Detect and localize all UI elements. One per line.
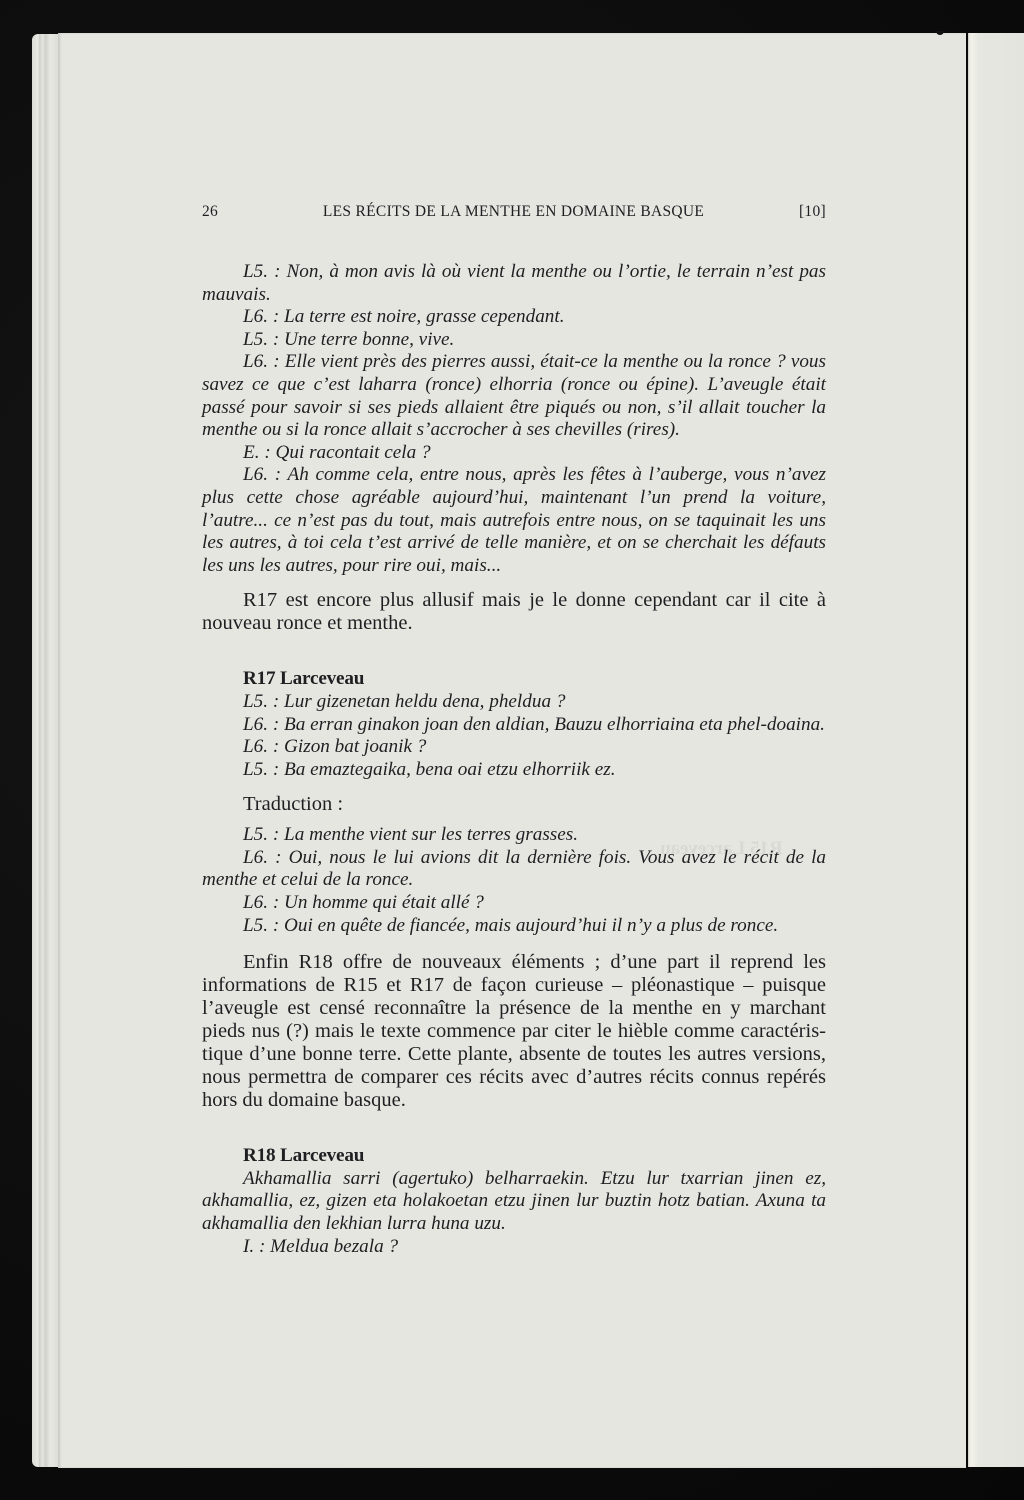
basque-line: L5. : Lur gizenetan heldu dena, pheldua … — [202, 691, 826, 714]
dialogue-line: L5. : Une terre bonne, vive. — [202, 329, 826, 352]
section-heading-r18: R18 Larceveau — [202, 1145, 826, 1168]
page-number: 26 — [202, 203, 218, 221]
basque-line: L6. : Gizon bat joanik ? — [202, 736, 826, 759]
dialogue-line: L5. : Non, à mon avis là où vient la men… — [202, 261, 826, 306]
section-ref: [10] — [799, 203, 826, 221]
basque-line: L5. : Ba emaztegaika, bena oai etzu elho… — [202, 759, 826, 782]
translation-line: L5. : La menthe vient sur les terres gra… — [202, 824, 826, 847]
spacer — [202, 1112, 826, 1145]
dialogue-line: L6. : Elle vient près des pierres aussi,… — [202, 351, 826, 441]
scanned-book-spread: R15 Larceveau 26 LES RÉCITS DE LA MENTHE… — [0, 0, 1024, 1500]
basque-line: L6. : Ba erran ginakon joan den aldian, … — [202, 714, 826, 737]
dialogue-line: E. : Qui racontait cela ? — [202, 442, 826, 465]
section-heading-r17: R17 Larceveau — [202, 668, 826, 691]
spacer — [202, 937, 826, 951]
facing-page-edge — [968, 33, 1024, 1467]
translation-label: Traduction : — [202, 793, 826, 816]
paragraph-r17-intro: R17 est encore plus allusif mais je le d… — [202, 589, 826, 635]
running-title: LES RÉCITS DE LA MENTHE EN DOMAINE BASQU… — [323, 203, 704, 221]
paragraph-r18-intro: Enfin R18 offre de nouveaux éléments ; d… — [202, 951, 826, 1112]
translation-line: L5. : Oui en quête de fiancée, mais aujo… — [202, 915, 826, 938]
running-head: 26 LES RÉCITS DE LA MENTHE EN DOMAINE BA… — [202, 203, 826, 221]
text-block: 26 LES RÉCITS DE LA MENTHE EN DOMAINE BA… — [202, 203, 826, 1258]
spacer — [202, 577, 826, 589]
spacer — [202, 635, 826, 668]
translation-line: L6. : Un homme qui était allé ? — [202, 892, 826, 915]
basque-line: Akhamallia sarri (agertuko) belharraekin… — [202, 1168, 826, 1236]
dialogue-line: L6. : Ah comme cela, entre nous, après l… — [202, 464, 826, 577]
dialogue-line: L6. : La terre est noire, grasse cependa… — [202, 306, 826, 329]
basque-line: I. : Meldua bezala ? — [202, 1236, 826, 1259]
spacer — [202, 816, 826, 824]
spacer — [202, 781, 826, 793]
translation-line: L6. : Oui, nous le lui avions dit la der… — [202, 847, 826, 892]
